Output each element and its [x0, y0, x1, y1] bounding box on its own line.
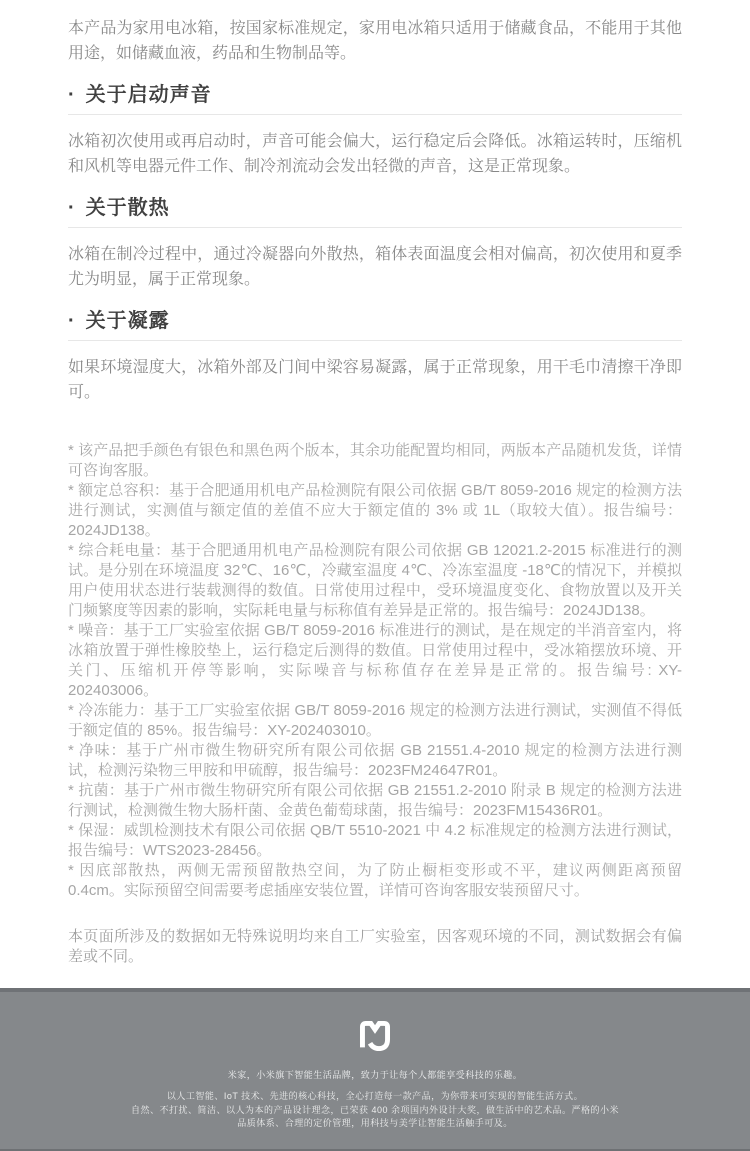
bullet-dot: ·	[68, 197, 76, 219]
footer-description-line: 以人工智能、IoT 技术、先进的核心科技，全心打造每一款产品，为你带来可实现的智…	[0, 1090, 750, 1104]
section-divider	[68, 114, 682, 115]
section-title-text: 关于凝露	[86, 310, 170, 332]
footnote-antibacterial: * 抗菌：基于广州市微生物研究所有限公司依据 GB 21551.2-2010 附…	[68, 781, 682, 821]
intro-paragraph: 本产品为家用电冰箱，按国家标准规定，家用电冰箱只适用于储藏食品，不能用于其他用途…	[68, 16, 682, 66]
data-source-disclaimer: 本页面所涉及的数据如无特殊说明均来自工厂实验室，因客观环境的不同，测试数据会有偏…	[68, 927, 682, 967]
section-title-startup-sound: ·关于启动声音	[68, 82, 682, 108]
footer-description-line: 品质体系、合理的定价管理，用科技与美学让智能生活触手可及。	[0, 1117, 750, 1131]
footer-description: 以人工智能、IoT 技术、先进的核心科技，全心打造每一款产品，为你带来可实现的智…	[0, 1090, 750, 1131]
footer-top-edge	[0, 988, 750, 992]
footnote-handle-color: * 该产品把手颜色有银色和黑色两个版本，其余功能配置均相同，两版本产品随机发货，…	[68, 441, 682, 481]
section-heat-dissipation: ·关于散热 冰箱在制冷过程中，通过冷凝器向外散热，箱体表面温度会相对偏高，初次使…	[68, 195, 682, 292]
footnote-odor-removal: * 净味：基于广州市微生物研究所有限公司依据 GB 21551.4-2010 规…	[68, 741, 682, 781]
section-body-startup-sound: 冰箱初次使用或再启动时，声音可能会偏大，运行稳定后会降低。冰箱运转时，压缩机和风…	[68, 129, 682, 179]
section-condensation: ·关于凝露 如果环境湿度大，冰箱外部及门间中梁容易凝露，属于正常现象，用干毛巾清…	[68, 308, 682, 405]
section-body-heat-dissipation: 冰箱在制冷过程中，通过冷凝器向外散热，箱体表面温度会相对偏高，初次使用和夏季尤为…	[68, 242, 682, 292]
mijia-logo-icon	[356, 1017, 394, 1060]
notes-content: 本产品为家用电冰箱，按国家标准规定，家用电冰箱只适用于储藏食品，不能用于其他用途…	[0, 0, 750, 967]
footnote-moisturizing: * 保湿：威凯检测技术有限公司依据 QB/T 5510-2021 中 4.2 标…	[68, 821, 682, 861]
footer-description-line: 自然、不打扰、简洁、以人为本的产品设计理念，已荣获 400 余项国内外设计大奖，…	[0, 1104, 750, 1118]
section-divider	[68, 340, 682, 341]
footer-tagline: 米家，小米旗下智能生活品牌，致力于让每个人都能享受科技的乐趣。	[0, 1069, 750, 1081]
footnote-energy-consumption: * 综合耗电量：基于合肥通用机电产品检测院有限公司依据 GB 12021.2-2…	[68, 541, 682, 621]
footnote-clearance: * 因底部散热，两侧无需预留散热空间，为了防止橱柜变形或不平，建议两侧距离预留 …	[68, 861, 682, 901]
footnote-noise: * 噪音：基于工厂实验室依据 GB/T 8059-2016 标准进行的测试，是在…	[68, 621, 682, 701]
section-title-heat-dissipation: ·关于散热	[68, 195, 682, 221]
section-divider	[68, 227, 682, 228]
bullet-dot: ·	[68, 310, 76, 332]
footnotes-block: * 该产品把手颜色有银色和黑色两个版本，其余功能配置均相同，两版本产品随机发货，…	[68, 441, 682, 901]
footnote-freezing-capacity: * 冷冻能力：基于工厂实验室依据 GB/T 8059-2016 规定的检测方法进…	[68, 701, 682, 741]
section-title-condensation: ·关于凝露	[68, 308, 682, 334]
bullet-dot: ·	[68, 84, 76, 106]
product-notes-page: 本产品为家用电冰箱，按国家标准规定，家用电冰箱只适用于储藏食品，不能用于其他用途…	[0, 0, 750, 1151]
section-title-text: 关于散热	[86, 197, 170, 219]
section-body-condensation: 如果环境湿度大，冰箱外部及门间中梁容易凝露，属于正常现象，用干毛巾清擦干净即可。	[68, 355, 682, 405]
section-startup-sound: ·关于启动声音 冰箱初次使用或再启动时，声音可能会偏大，运行稳定后会降低。冰箱运…	[68, 82, 682, 179]
footnote-rated-volume: * 额定总容积：基于合肥通用机电产品检测院有限公司依据 GB/T 8059-20…	[68, 481, 682, 541]
section-title-text: 关于启动声音	[86, 84, 212, 106]
mijia-brand-footer: 米家，小米旗下智能生活品牌，致力于让每个人都能享受科技的乐趣。 以人工智能、Io…	[0, 988, 750, 1151]
